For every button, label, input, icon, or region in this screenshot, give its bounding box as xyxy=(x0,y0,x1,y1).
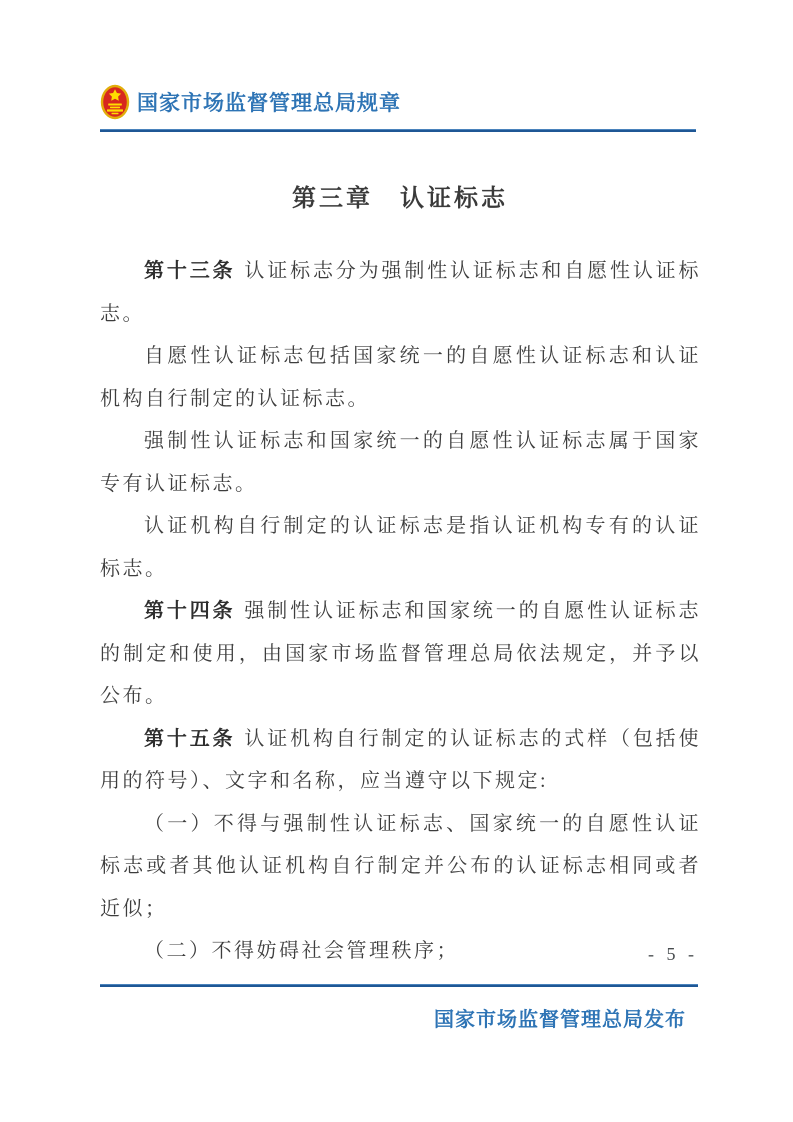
header-title: 国家市场监督管理总局规章 xyxy=(137,87,401,117)
footer-publisher: 国家市场监督管理总局发布 xyxy=(100,1003,686,1032)
paragraph-text: （一）不得与强制性认证标志、国家统一的自愿性认证标志或者其他认证机构自行制定并公… xyxy=(100,813,701,920)
document-body: 第十三条认证标志分为强制性认证标志和自愿性认证标志。 自愿性认证标志包括国家统一… xyxy=(100,250,701,973)
paragraph-article-14: 第十四条强制性认证标志和国家统一的自愿性认证标志的制定和使用，由国家市场监督管理… xyxy=(100,590,701,718)
footer-rule xyxy=(100,984,698,987)
header-rule xyxy=(100,129,696,132)
national-emblem-icon xyxy=(100,84,130,120)
paragraph-item-1: （一）不得与强制性认证标志、国家统一的自愿性认证标志或者其他认证机构自行制定并公… xyxy=(100,803,701,931)
paragraph: 强制性认证标志和国家统一的自愿性认证标志属于国家专有认证标志。 xyxy=(100,420,701,505)
chapter-title: 第三章 认证标志 xyxy=(100,178,700,213)
paragraph-text: 自愿性认证标志包括国家统一的自愿性认证标志和认证机构自行制定的认证标志。 xyxy=(100,345,701,410)
page-header: 国家市场监督管理总局规章 xyxy=(100,84,700,120)
article-number: 第十五条 xyxy=(144,728,235,750)
paragraph: 认证机构自行制定的认证标志是指认证机构专有的认证标志。 xyxy=(100,505,701,590)
page-number: - 5 - xyxy=(100,944,698,965)
paragraph: 自愿性认证标志包括国家统一的自愿性认证标志和认证机构自行制定的认证标志。 xyxy=(100,335,701,420)
article-number: 第十四条 xyxy=(144,600,235,622)
article-number: 第十三条 xyxy=(144,260,235,282)
paragraph-article-13: 第十三条认证标志分为强制性认证标志和自愿性认证标志。 xyxy=(100,250,701,335)
paragraph-article-15: 第十五条认证机构自行制定的认证标志的式样（包括使用的符号）、文字和名称，应当遵守… xyxy=(100,718,701,803)
paragraph-text: 强制性认证标志和国家统一的自愿性认证标志属于国家专有认证标志。 xyxy=(100,430,701,495)
document-page: 国家市场监督管理总局规章 第三章 认证标志 第十三条认证标志分为强制性认证标志和… xyxy=(0,0,793,1122)
paragraph-text: 认证机构自行制定的认证标志是指认证机构专有的认证标志。 xyxy=(100,515,701,580)
